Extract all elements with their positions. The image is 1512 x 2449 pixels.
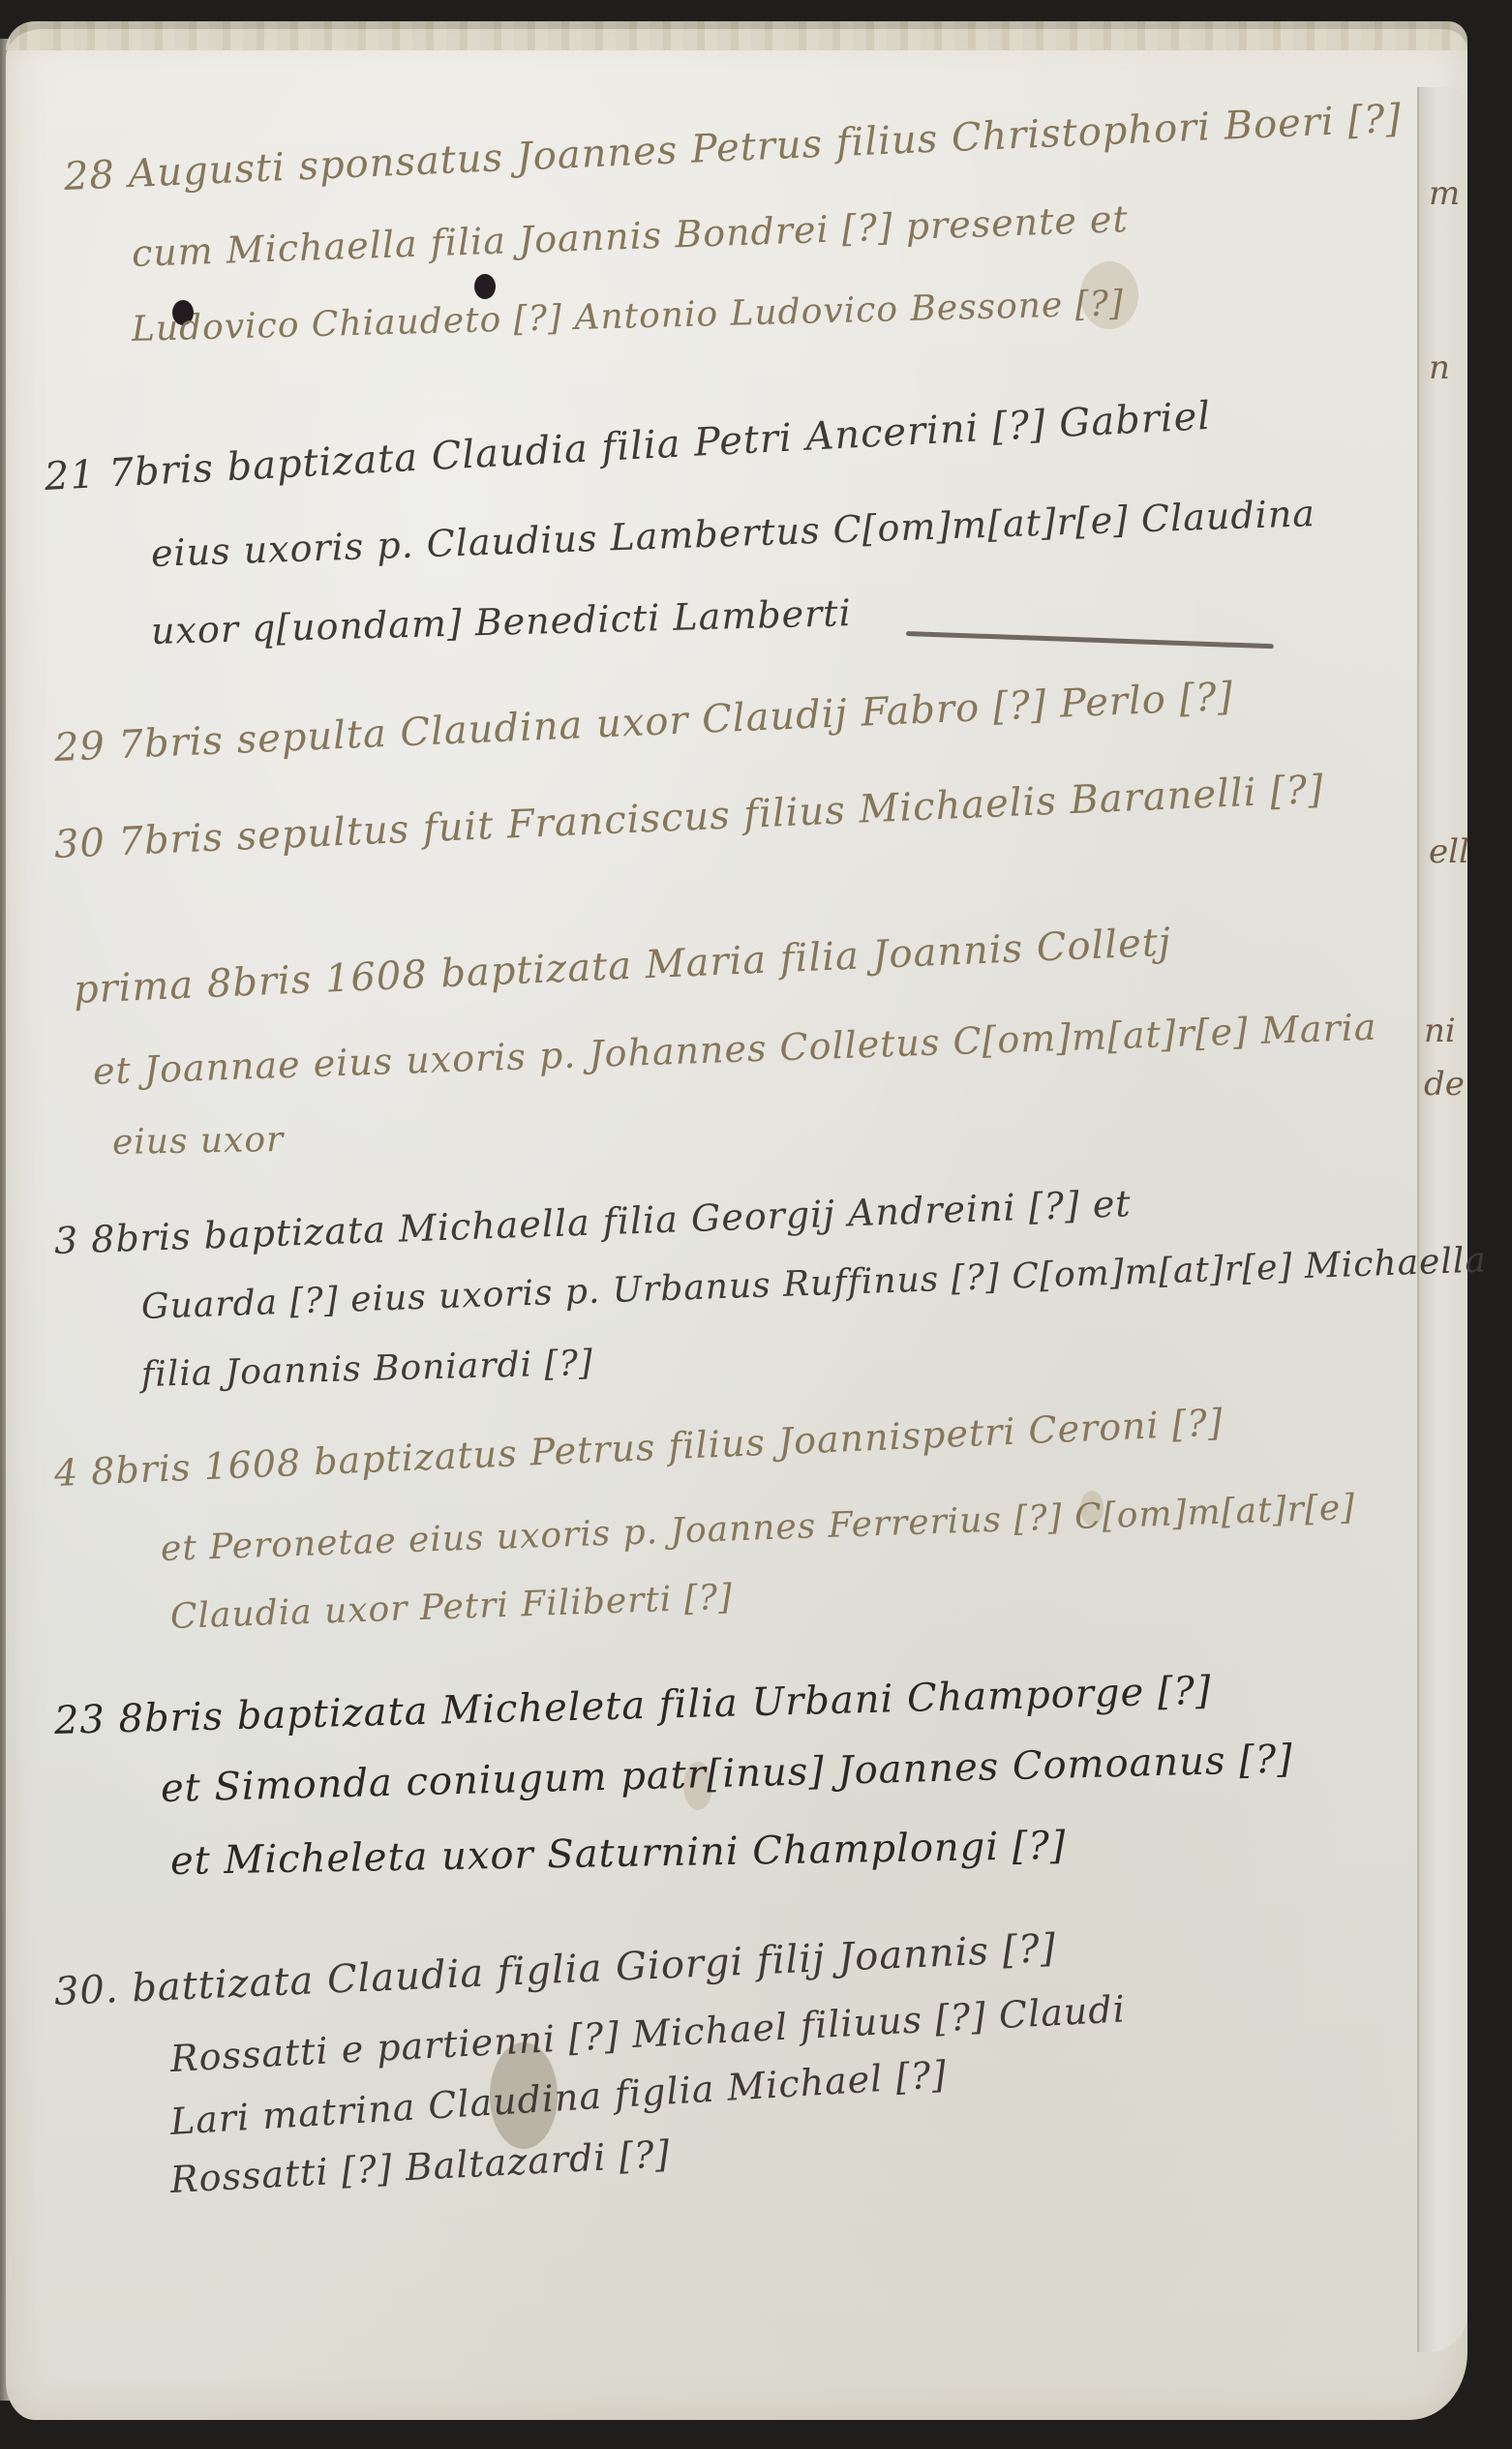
entry-line: eius uxoris p. Claudius Lambertus C[om]m… — [150, 492, 1315, 575]
torn-top-edge — [6, 21, 1467, 50]
entry-line: uxor q[uondam] Benedicti Lamberti — [150, 591, 852, 652]
separator-line — [906, 631, 1274, 649]
entry-line: 4 8bris 1608 baptizatus Petrus filius Jo… — [53, 1401, 1225, 1495]
entry-line: 3 8bris baptizata Michaella filia Georgi… — [53, 1182, 1132, 1262]
manuscript-scan: 28 Augusti sponsatus Joannes Petrus fili… — [0, 0, 1512, 2449]
entry-line: Rossatti [?] Baltazardi [?] — [169, 2132, 672, 2201]
entry-line: 28 Augusti sponsatus Joannes Petrus fili… — [63, 97, 1403, 199]
entry-line: prima 8bris 1608 baptizata Maria filia J… — [73, 921, 1172, 1013]
entry-line: 23 8bris baptizata Micheleta filia Urban… — [53, 1669, 1212, 1743]
entry-line: 29 7bris sepulta Claudina uxor Claudij F… — [53, 675, 1234, 771]
entry-line: Guarda [?] eius uxoris p. Urbanus Ruffin… — [140, 1240, 1487, 1327]
entry-line: 30 7bris sepultus fuit Franciscus filius… — [53, 768, 1325, 867]
entry-line: filia Joannis Boniardi [?] — [140, 1344, 593, 1395]
margin-fragment: ell — [1429, 832, 1469, 871]
entry-line: Ludovico Chiaudeto [?] Antonio Ludovico … — [131, 284, 1124, 349]
entry-line: et Peronetae eius uxoris p. Joannes Ferr… — [160, 1488, 1356, 1569]
margin-fragment: de — [1424, 1065, 1465, 1104]
margin-fragment: n — [1429, 348, 1450, 387]
margin-fragment: m — [1429, 174, 1460, 213]
entry-line: cum Michaella filia Joannis Bondrei [?] … — [131, 197, 1129, 275]
entry-line: Claudia uxor Petri Filiberti [?] — [169, 1578, 733, 1637]
entry-line: eius uxor — [112, 1120, 285, 1163]
margin-fragment: ni — [1424, 1012, 1456, 1050]
entry-line: 21 7bris baptizata Claudia filia Petri A… — [44, 394, 1212, 499]
ink-blot — [474, 274, 496, 299]
manuscript-page: 28 Augusti sponsatus Joannes Petrus fili… — [6, 29, 1467, 2420]
entry-line: et Micheleta uxor Saturnini Champlongi [… — [170, 1824, 1067, 1884]
entry-line: et Joannae eius uxoris p. Johannes Colle… — [92, 1006, 1377, 1093]
entry-line: et Simonda coniugum patr[inus] Joannes C… — [160, 1737, 1293, 1811]
adjacent-page-edge — [1417, 87, 1467, 2352]
